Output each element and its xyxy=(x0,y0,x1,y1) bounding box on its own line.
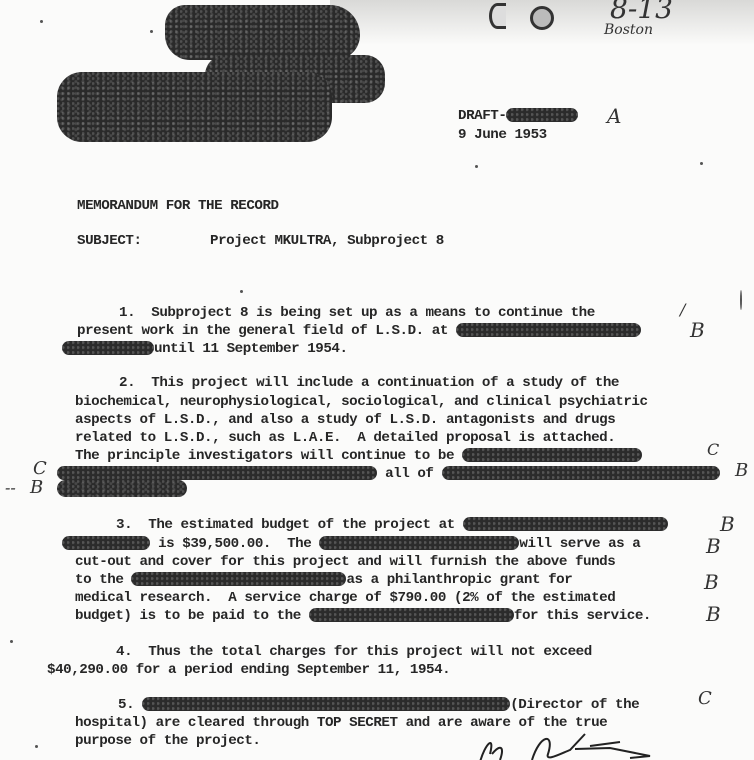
paragraph-text: budget) is to be paid to the xyxy=(75,608,301,624)
paragraph-4-line: 4. Thus the total charges for this proje… xyxy=(116,643,592,662)
redaction-inline xyxy=(62,341,154,355)
paragraph-5-line: purpose of the project. xyxy=(75,732,260,751)
document-date: 9 June 1953 xyxy=(458,126,547,145)
subject-value: Project MKULTRA, Subproject 8 xyxy=(210,232,444,251)
scan-speck xyxy=(35,745,38,748)
paragraph-3-line: 3. The estimated budget of the project a… xyxy=(116,516,668,535)
redaction-header-block xyxy=(165,5,360,60)
paragraph-text: to the xyxy=(75,572,123,588)
paragraph-2-line: 2. This project will include a continuat… xyxy=(119,374,619,393)
paragraph-text: The estimated budget of the project at xyxy=(148,517,454,533)
redaction-inline xyxy=(456,323,641,337)
document-page: 8-13 Boston DRAFT- A 9 June 1953 MEMORAN… xyxy=(0,0,754,760)
left-margin-mark: -- xyxy=(5,478,16,497)
paragraph-2-line: The principle investigators will continu… xyxy=(75,447,642,466)
scan-speck xyxy=(40,20,43,23)
margin-mark: A xyxy=(607,104,621,128)
paragraph-number: 1. xyxy=(119,305,135,321)
scan-speck xyxy=(700,162,703,165)
paragraph-text: (Director of the xyxy=(510,697,639,713)
margin-mark: B xyxy=(720,512,735,536)
margin-mark: / xyxy=(680,300,685,319)
scan-speck xyxy=(240,290,243,293)
paragraph-text: The principle investigators will continu… xyxy=(75,448,454,464)
margin-mark: B xyxy=(704,570,719,594)
margin-mark: B xyxy=(706,602,721,626)
redaction-inline xyxy=(309,608,514,622)
redaction-inline xyxy=(463,517,668,531)
paragraph-text: as a philanthropic grant for xyxy=(346,572,572,588)
left-margin-mark: B xyxy=(30,477,43,498)
paragraph-text: This project will include a continuation… xyxy=(151,375,619,391)
paragraph-text: will serve as a xyxy=(519,536,640,552)
paragraph-3-line: cut-out and cover for this project and w… xyxy=(75,553,615,572)
scan-speck xyxy=(150,30,153,33)
memo-heading: MEMORANDUM FOR THE RECORD xyxy=(77,197,279,216)
paragraph-3-line: budget) is to be paid to the for this se… xyxy=(75,607,651,626)
handwritten-signature xyxy=(460,724,660,760)
paragraph-text: is $39,500.00. The xyxy=(158,536,311,552)
paragraph-2-line: aspects of L.S.D., and also a study of L… xyxy=(75,411,615,430)
left-margin-mark: C xyxy=(33,458,47,479)
redaction-inline xyxy=(506,108,578,122)
paragraph-1-line: 1. Subproject 8 is being set up as a mea… xyxy=(119,304,595,323)
draft-text: DRAFT- xyxy=(458,108,506,124)
circle-stamp-icon xyxy=(530,6,554,30)
paragraph-2-line: biochemical, neurophysiological, sociolo… xyxy=(75,393,648,412)
margin-mark: B xyxy=(706,534,721,558)
paragraph-text: until 11 September 1954. xyxy=(154,341,348,357)
paragraph-text: present work in the general field of L.S… xyxy=(77,323,448,339)
redaction-inline xyxy=(57,466,377,480)
redaction-inline xyxy=(319,536,519,550)
paragraph-3-line: to the as a philanthropic grant for xyxy=(75,571,572,590)
scan-speck xyxy=(475,165,478,168)
paragraph-number: 2. xyxy=(119,375,135,391)
margin-mark: C xyxy=(707,440,719,459)
scan-speck xyxy=(740,290,742,310)
redaction-inline xyxy=(462,448,642,462)
paragraph-1-line: present work in the general field of L.S… xyxy=(77,322,641,341)
margin-mark: B xyxy=(735,460,748,481)
paragraph-3-line: is $39,500.00. The will serve as a xyxy=(62,535,640,554)
paragraph-4-line: $40,290.00 for a period ending September… xyxy=(47,661,450,680)
paragraph-number: 4. xyxy=(116,644,132,660)
margin-mark: C xyxy=(698,688,712,709)
draft-label: DRAFT- xyxy=(458,107,578,126)
redaction-block xyxy=(57,480,187,497)
handwritten-place: Boston xyxy=(604,22,653,38)
paragraph-number: 3. xyxy=(116,517,132,533)
paragraph-2-line: related to L.S.D., such as L.A.E. A deta… xyxy=(75,429,615,448)
redaction-inline xyxy=(62,536,150,550)
circle-stamp-icon xyxy=(489,3,506,29)
paragraph-text: Thus the total charges for this project … xyxy=(148,644,592,660)
paragraph-5-line: 5. (Director of the xyxy=(118,696,639,715)
scan-speck xyxy=(10,640,13,643)
redaction-inline xyxy=(131,572,346,586)
paragraph-text: for this service. xyxy=(514,608,651,624)
redaction-inline xyxy=(142,697,510,711)
redaction-inline xyxy=(442,466,720,480)
paragraph-text: all of xyxy=(385,466,433,482)
paragraph-3-line: medical research. A service charge of $7… xyxy=(75,589,615,608)
paragraph-text: Subproject 8 is being set up as a means … xyxy=(151,305,595,321)
subject-label: SUBJECT: xyxy=(77,232,142,251)
paragraph-number: 5. xyxy=(118,697,134,713)
paragraph-1-line: until 11 September 1954. xyxy=(62,340,348,359)
margin-mark: B xyxy=(690,318,705,342)
redaction-header-block xyxy=(57,72,332,142)
